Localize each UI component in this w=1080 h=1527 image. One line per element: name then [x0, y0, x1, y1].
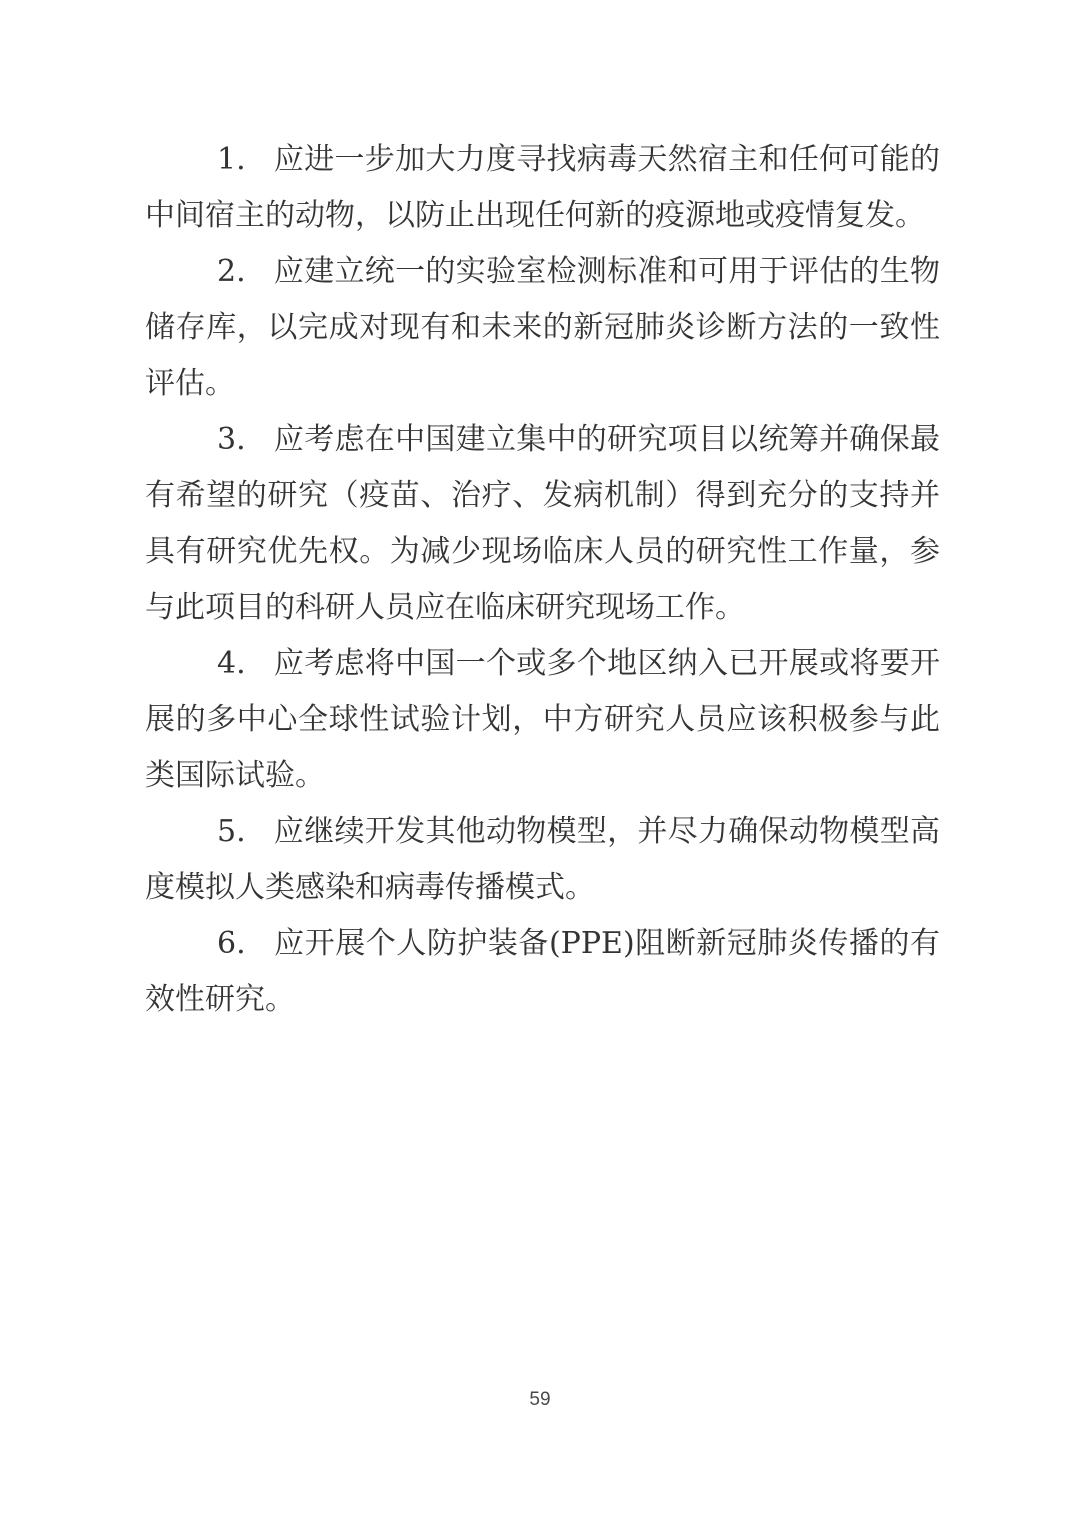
item-text: 应继续开发其他动物模型，并尽力确保动物模型高度模拟人类感染和病毒传播模式。 — [145, 814, 940, 905]
item-number: 3. — [217, 422, 246, 457]
list-item: 1.应进一步加大力度寻找病毒天然宿主和任何可能的中间宿主的动物，以防止出现任何新… — [145, 132, 940, 244]
item-text: 应开展个人防护装备(PPE)阻断新冠肺炎传播的有效性研究。 — [145, 926, 940, 1017]
item-number: 1. — [217, 142, 246, 177]
item-text: 应考虑在中国建立集中的研究项目以统筹并确保最有希望的研究（疫苗、治疗、发病机制）… — [145, 422, 940, 625]
item-number: 2. — [217, 254, 246, 289]
list-item: 3.应考虑在中国建立集中的研究项目以统筹并确保最有希望的研究（疫苗、治疗、发病机… — [145, 412, 940, 636]
document-page: 1.应进一步加大力度寻找病毒天然宿主和任何可能的中间宿主的动物，以防止出现任何新… — [0, 0, 1080, 1527]
item-text: 应进一步加大力度寻找病毒天然宿主和任何可能的中间宿主的动物，以防止出现任何新的疫… — [145, 142, 940, 233]
list-item: 4.应考虑将中国一个或多个地区纳入已开展或将要开展的多中心全球性试验计划，中方研… — [145, 636, 940, 804]
item-number: 5. — [217, 814, 246, 849]
list-item: 6.应开展个人防护装备(PPE)阻断新冠肺炎传播的有效性研究。 — [145, 916, 940, 1028]
item-text: 应考虑将中国一个或多个地区纳入已开展或将要开展的多中心全球性试验计划，中方研究人… — [145, 646, 940, 793]
item-number: 4. — [217, 646, 246, 681]
item-number: 6. — [217, 926, 246, 961]
page-number: 59 — [0, 1388, 1080, 1412]
item-text: 应建立统一的实验室检测标准和可用于评估的生物储存库，以完成对现有和未来的新冠肺炎… — [145, 254, 940, 401]
list-item: 2.应建立统一的实验室检测标准和可用于评估的生物储存库，以完成对现有和未来的新冠… — [145, 244, 940, 412]
document-body: 1.应进一步加大力度寻找病毒天然宿主和任何可能的中间宿主的动物，以防止出现任何新… — [145, 132, 940, 1028]
list-item: 5.应继续开发其他动物模型，并尽力确保动物模型高度模拟人类感染和病毒传播模式。 — [145, 804, 940, 916]
